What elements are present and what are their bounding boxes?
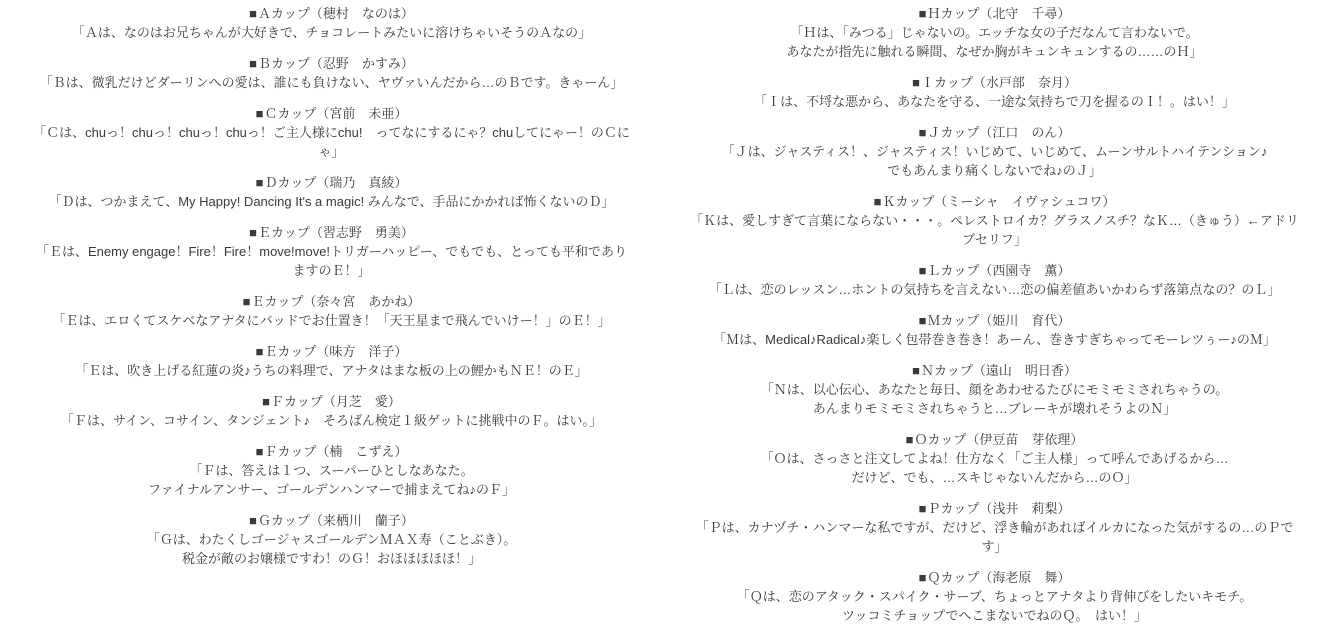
cup-entry: ■Ｇカップ（来栖川 蘭子）「Ｇは、わたくしゴージャスゴールデンＭＡＸ寿（ことぶき… — [2, 511, 661, 568]
entry-title: Ｂカップ（忍野 かすみ） — [258, 56, 414, 71]
left-column: ■Ａカップ（穂村 なのは）「Ａは、なのはお兄ちゃんが大好きで、チョコレートみたい… — [0, 4, 663, 580]
cup-entry: ■Ｊカップ（江口 のん）「Ｊは、ジャスティス！、ジャスティス！いじめて、いじめて… — [665, 123, 1324, 180]
bullet-icon: ■ — [249, 56, 257, 71]
cup-entry: ■Ｎカップ（遠山 明日香）「Ｎは、以心伝心、あなたと毎日、顔をあわせるたびにモミ… — [665, 361, 1324, 418]
cup-entry: ■Ｌカップ（西園寺 薫）「Ｌは、恋のレッスン…ホントの気持ちを言えない…恋の偏差… — [665, 261, 1324, 299]
bullet-icon: ■ — [919, 263, 927, 278]
entry-title: Ｈカップ（北守 千尋） — [927, 6, 1070, 21]
entry-title: Ｇカップ（来栖川 蘭子） — [258, 513, 414, 528]
quote-line: ますのＥ！」 — [2, 261, 661, 280]
entry-title: Ｅカップ（奈々宮 あかね） — [251, 294, 420, 309]
bullet-icon: ■ — [919, 6, 927, 21]
bullet-icon: ■ — [249, 513, 257, 528]
bullet-icon: ■ — [262, 394, 270, 409]
quote-line: 「Ｅは、エロくてスケベなアナタにバッドでお仕置き！「天王星まで飛んでいけー！」の… — [2, 311, 661, 330]
entry-header: ■Ａカップ（穂村 なのは） — [2, 4, 661, 23]
entry-header: ■Ｑカップ（海老原 舞） — [665, 568, 1324, 587]
entry-title: Ｅカップ（味方 洋子） — [264, 344, 407, 359]
quote-line: 「Ａは、なのはお兄ちゃんが大好きで、チョコレートみたいに溶けちゃいそうのＡなの」 — [2, 23, 661, 42]
entry-header: ■Ｆカップ（楠 こずえ） — [2, 442, 661, 461]
cup-entry: ■Ｐカップ（浅井 莉梨）「Ｐは、カナヅチ・ハンマーな私ですが、だけど、浮き輪があ… — [665, 499, 1324, 556]
quote-line: あんまりモミモミされちゃうと…ブレーキが壊れそうよのＮ」 — [665, 399, 1324, 418]
bullet-icon: ■ — [249, 6, 257, 21]
entry-header: ■Ｐカップ（浅井 莉梨） — [665, 499, 1324, 518]
cup-entry: ■Ｅカップ（奈々宮 あかね）「Ｅは、エロくてスケベなアナタにバッドでお仕置き！「… — [2, 292, 661, 330]
entry-title: Ｏカップ（伊豆苗 芽依理） — [914, 432, 1083, 447]
entry-title: Ａカップ（穂村 なのは） — [258, 6, 414, 21]
quote-line: ゃ」 — [2, 142, 661, 161]
bullet-icon: ■ — [256, 106, 264, 121]
entry-title: Ｅカップ（習志野 勇美） — [258, 225, 414, 240]
quote-line: 「Ｐは、カナヅチ・ハンマーな私ですが、だけど、浮き輪があればイルカになった気がす… — [665, 518, 1324, 537]
cup-entry: ■Ｆカップ（月芝 愛）「Ｆは、サイン、コサイン、タンジェント♪ そろばん検定１級… — [2, 392, 661, 430]
quote-line: あなたが指先に触れる瞬間、なぜか胸がキュンキュンするの……のＨ」 — [665, 42, 1324, 61]
quote-line: 「Ｎは、以心伝心、あなたと毎日、顔をあわせるたびにモミモミされちゃうの。 — [665, 380, 1324, 399]
right-column: ■Ｈカップ（北守 千尋）「Ｈは、「みつる」じゃないの。エッチな女の子だなんて言わ… — [663, 4, 1326, 633]
entry-header: ■Ｅカップ（奈々宮 あかね） — [2, 292, 661, 311]
quote-line: でもあんまり痛くしないでね♪のＪ」 — [665, 161, 1324, 180]
quote-line: す」 — [665, 537, 1324, 556]
cup-entry: ■Ｏカップ（伊豆苗 芽依理）「Ｏは、さっさと注文してよね！仕方なく「ご主人様」っ… — [665, 430, 1324, 487]
bullet-icon: ■ — [906, 432, 914, 447]
bullet-icon: ■ — [919, 313, 927, 328]
bullet-icon: ■ — [256, 175, 264, 190]
quote-line: ファイナルアンサー、ゴールデンハンマーで捕まえてね♪のＦ」 — [2, 480, 661, 499]
entry-title: Ｊカップ（江口 のん） — [927, 125, 1070, 140]
bullet-icon: ■ — [874, 194, 882, 209]
quote-line: ブセリフ」 — [665, 230, 1324, 249]
entry-header: ■Ｊカップ（江口 のん） — [665, 123, 1324, 142]
cup-entry: ■Ｑカップ（海老原 舞）「Ｑは、恋のアタック・スパイク・サーブ、ちょっとアナタよ… — [665, 568, 1324, 625]
quote-line: 「Ｉは、不埒な悪から、あなたを守る、一途な気持ちで刀を握るのＩ！。はい！」 — [665, 92, 1324, 111]
bullet-icon: ■ — [249, 225, 257, 240]
entry-header: ■Ｈカップ（北守 千尋） — [665, 4, 1324, 23]
quote-line: 税金が敵のお嬢様ですわ！のＧ！おほほほほほ！」 — [2, 549, 661, 568]
entry-header: ■Ｉカップ（水戸部 奈月） — [665, 73, 1324, 92]
cup-entry: ■Ｃカップ（宮前 未亜）「Ｃは、chuっ！chuっ！chuっ！chuっ！ご主人様… — [2, 104, 661, 161]
cup-entry: ■Ｄカップ（瑞乃 真綾）「Ｄは、つかまえて、My Happy! Dancing … — [2, 173, 661, 211]
cup-entry: ■Ｅカップ（味方 洋子）「Ｅは、吹き上げる紅蓮の炎♪うちの料理で、アナタはまな板… — [2, 342, 661, 380]
quote-line: 「Ｊは、ジャスティス！、ジャスティス！いじめて、いじめて、ムーンサルトハイテンシ… — [665, 142, 1324, 161]
quote-line: 「Ｅは、吹き上げる紅蓮の炎♪うちの料理で、アナタはまな板の上の鯉かもＮＥ！のＥ」 — [2, 361, 661, 380]
quote-line: 「Ｏは、さっさと注文してよね！仕方なく「ご主人様」って呼んであげるから… — [665, 449, 1324, 468]
quote-line: 「Ｃは、chuっ！chuっ！chuっ！chuっ！ご主人様にchu! ってなにする… — [2, 123, 661, 142]
entry-header: ■Ｏカップ（伊豆苗 芽依理） — [665, 430, 1324, 449]
quote-line: 「Ｇは、わたくしゴージャスゴールデンＭＡＸ寿（ことぶき）。 — [2, 530, 661, 549]
quote-line: 「Ｆは、答えは１つ、スーパーひとしなあなた。 — [2, 461, 661, 480]
cup-entry: ■Ｅカップ（習志野 勇美）「Ｅは、Enemy engage！Fire！Fire！… — [2, 223, 661, 280]
quote-line: 「Ｑは、恋のアタック・スパイク・サーブ、ちょっとアナタより背伸びをしたいキモチ。 — [665, 587, 1324, 606]
entry-header: ■Ｍカップ（姫川 育代） — [665, 311, 1324, 330]
quote-line: 「Ｅは、Enemy engage！Fire！Fire！move!move!トリガ… — [2, 242, 661, 261]
quote-line: 「Ｌは、恋のレッスン…ホントの気持ちを言えない…恋の偏差値あいかわらず落第点なの… — [665, 280, 1324, 299]
cup-entry: ■Ｉカップ（水戸部 奈月）「Ｉは、不埒な悪から、あなたを守る、一途な気持ちで刀を… — [665, 73, 1324, 111]
quote-line: 「Ｍは、Medical♪Radical♪楽しく包帯巻き巻き！あーん、巻きすぎちゃ… — [665, 330, 1324, 349]
entry-title: Ｋカップ（ミーシャ イヴァシュコワ） — [882, 194, 1115, 209]
entry-header: ■Ｄカップ（瑞乃 真綾） — [2, 173, 661, 192]
entry-title: Ｆカップ（月芝 愛） — [271, 394, 401, 409]
entry-header: ■Ｎカップ（遠山 明日香） — [665, 361, 1324, 380]
entry-header: ■Ｂカップ（忍野 かすみ） — [2, 54, 661, 73]
entry-title: Ｍカップ（姫川 育代） — [927, 313, 1070, 328]
entry-title: Ｉカップ（水戸部 奈月） — [921, 75, 1077, 90]
entry-title: Ｑカップ（海老原 舞） — [927, 570, 1070, 585]
cup-entry: ■Ｈカップ（北守 千尋）「Ｈは、「みつる」じゃないの。エッチな女の子だなんて言わ… — [665, 4, 1324, 61]
entry-header: ■Ｋカップ（ミーシャ イヴァシュコワ） — [665, 192, 1324, 211]
bullet-icon: ■ — [256, 344, 264, 359]
cup-list-page: ■Ａカップ（穂村 なのは）「Ａは、なのはお兄ちゃんが大好きで、チョコレートみたい… — [0, 0, 1326, 633]
cup-entry: ■Ｆカップ（楠 こずえ）「Ｆは、答えは１つ、スーパーひとしなあなた。ファイナルア… — [2, 442, 661, 499]
entry-header: ■Ｅカップ（習志野 勇美） — [2, 223, 661, 242]
cup-entry: ■Ｍカップ（姫川 育代）「Ｍは、Medical♪Radical♪楽しく包帯巻き巻… — [665, 311, 1324, 349]
cup-entry: ■Ｋカップ（ミーシャ イヴァシュコワ）「Ｋは、愛しすぎて言葉にならない・・・。ペ… — [665, 192, 1324, 249]
bullet-icon: ■ — [912, 363, 920, 378]
quote-line: だけど、でも、…スキじゃないんだから…のＯ」 — [665, 468, 1324, 487]
quote-line: 「Ｈは、「みつる」じゃないの。エッチな女の子だなんて言わないで。 — [665, 23, 1324, 42]
entry-header: ■Ｆカップ（月芝 愛） — [2, 392, 661, 411]
entry-title: Ｌカップ（西園寺 薫） — [927, 263, 1070, 278]
bullet-icon: ■ — [243, 294, 251, 309]
entry-title: Ｃカップ（宮前 未亜） — [264, 106, 407, 121]
bullet-icon: ■ — [919, 570, 927, 585]
cup-entry: ■Ａカップ（穂村 なのは）「Ａは、なのはお兄ちゃんが大好きで、チョコレートみたい… — [2, 4, 661, 42]
entry-title: Ｐカップ（浅井 莉梨） — [927, 501, 1070, 516]
quote-line: 「Ｋは、愛しすぎて言葉にならない・・・。ペレストロイカ？グラスノスチ？なＫ…（き… — [665, 211, 1324, 230]
entry-title: Ｆカップ（楠 こずえ） — [264, 444, 407, 459]
bullet-icon: ■ — [919, 501, 927, 516]
quote-line: 「Ｆは、サイン、コサイン、タンジェント♪ そろばん検定１級ゲットに挑戦中のＦ。は… — [2, 411, 661, 430]
entry-header: ■Ｌカップ（西園寺 薫） — [665, 261, 1324, 280]
quote-line: 「Ｂは、微乳だけどダーリンへの愛は、誰にも負けない、ヤヴァいんだから…のＢです。… — [2, 73, 661, 92]
entry-title: Ｎカップ（遠山 明日香） — [921, 363, 1077, 378]
bullet-icon: ■ — [912, 75, 920, 90]
cup-entry: ■Ｂカップ（忍野 かすみ）「Ｂは、微乳だけどダーリンへの愛は、誰にも負けない、ヤ… — [2, 54, 661, 92]
entry-header: ■Ｇカップ（来栖川 蘭子） — [2, 511, 661, 530]
entry-title: Ｄカップ（瑞乃 真綾） — [264, 175, 407, 190]
quote-line: 「Ｄは、つかまえて、My Happy! Dancing It's a magic… — [2, 192, 661, 211]
quote-line: ツッコミチョップでへこまないでねのＱ。 はい！」 — [665, 606, 1324, 625]
entry-header: ■Ｅカップ（味方 洋子） — [2, 342, 661, 361]
bullet-icon: ■ — [919, 125, 927, 140]
bullet-icon: ■ — [256, 444, 264, 459]
entry-header: ■Ｃカップ（宮前 未亜） — [2, 104, 661, 123]
